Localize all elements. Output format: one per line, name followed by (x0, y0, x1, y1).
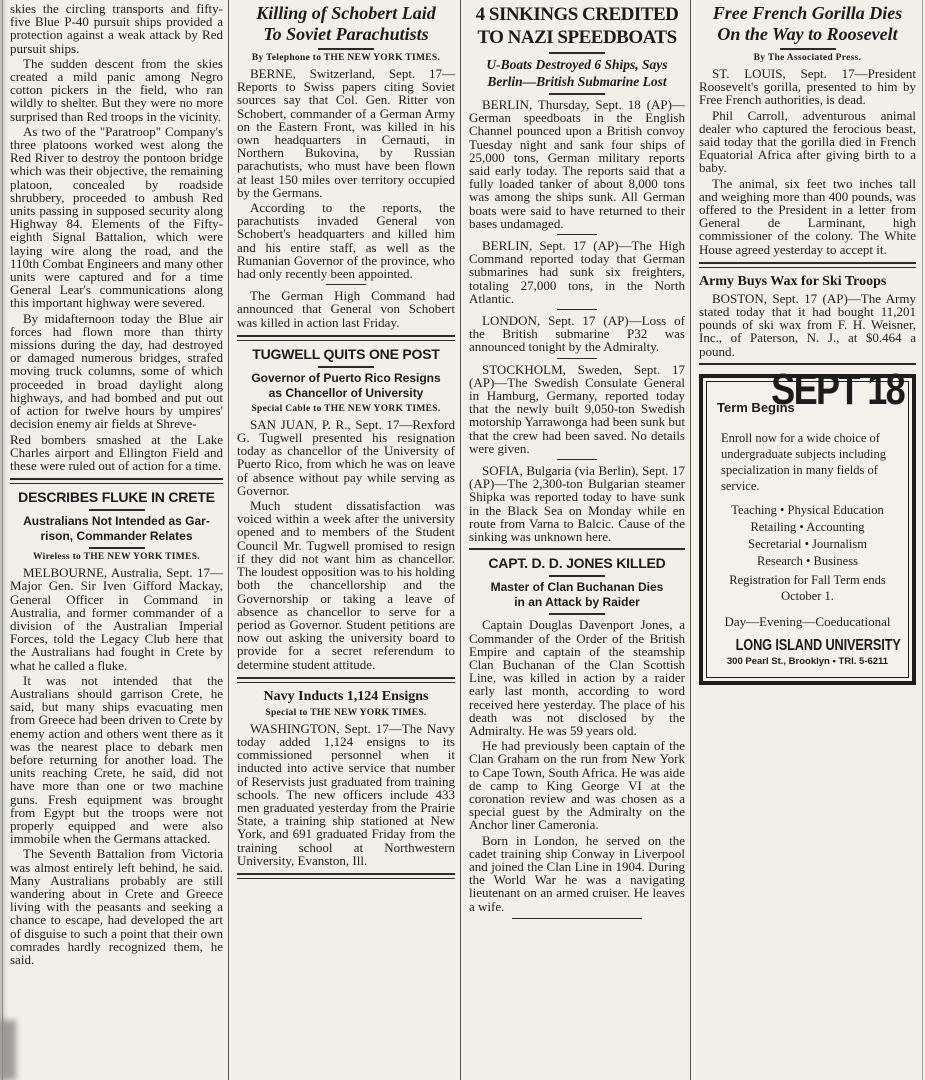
newspaper-scan-page: skies the circling transports and fifty-… (0, 0, 925, 1080)
ad-header: Term Begins SEPT 18 (715, 386, 900, 426)
ad-start-date: SEPT 18 (771, 368, 904, 412)
ad-inner-frame: Term Begins SEPT 18 Enroll now for a wid… (706, 381, 909, 678)
paragraph: SOFIA, Bulgaria (via Berlin), Sept. 17 (… (469, 464, 685, 543)
paragraph: MELBOURNE, Australia, Sept. 17—Major Gen… (10, 566, 223, 672)
article-navy-inducts-ensigns: Navy Inducts 1,124 Ensigns Special to TH… (237, 688, 455, 867)
article-describes-fluke-in-crete: DESCRIBES FLUKE IN CRETE Australians Not… (10, 489, 223, 966)
paragraph: LONDON, Sept. 17 (AP)—Loss of the Britis… (469, 314, 685, 354)
paragraph: He had previously been captain of the Cl… (469, 739, 685, 831)
byline-credit: By The Associated Press. (699, 53, 916, 64)
paragraph-separator-rule (326, 284, 366, 285)
article-free-french-gorilla: Free French Gorilla Dies On the Way to R… (699, 3, 916, 256)
paragraph: BERLIN, Thursday, Sept. 18 (AP)—German s… (469, 98, 685, 230)
headline-rule (780, 48, 836, 50)
article-separator-rule (699, 262, 916, 268)
article-separator-rule (10, 478, 223, 484)
subhead-rule (549, 93, 605, 95)
paragraph: BERNE, Switzerland, Sept. 17—Reports to … (237, 67, 455, 199)
headline: Killing of Schobert Laid To Soviet Parac… (237, 3, 455, 45)
ad-long-island-university: Term Begins SEPT 18 Enroll now for a wid… (699, 374, 916, 685)
ad-subject-line: Retailing • Accounting (715, 519, 900, 536)
paragraph: ST. LOUIS, Sept. 17—President Roosevelt'… (699, 67, 916, 107)
ad-university-name: LONG ISLAND UNIVERSITY (736, 637, 901, 655)
dateline-separator-rule (557, 234, 597, 235)
paragraph: According to the reports, the parachutis… (237, 201, 455, 280)
paragraph: The animal, six feet two inches tall and… (699, 177, 916, 256)
paragraph: STOCKHOLM, Sweden, Sept. 17 (AP)—The Swe… (469, 363, 685, 455)
subhead: Australians Not Intended as Gar- rison, … (10, 514, 223, 544)
paragraph: Born in London, he served on the cadet t… (469, 834, 685, 913)
subhead: Governor of Puerto Rico Resigns as Chanc… (237, 371, 455, 401)
headline: Army Buys Wax for Ski Troops (699, 273, 916, 290)
article-army-buys-ski-wax: Army Buys Wax for Ski Troops BOSTON, Sep… (699, 273, 916, 358)
subhead: Master of Clan Buchanan Dies in an Attac… (469, 580, 685, 610)
headline-rule (549, 575, 605, 577)
article-separator-rule (469, 548, 685, 550)
paragraph: SAN JUAN, P. R., Sept. 17—Rexford G. Tug… (237, 418, 455, 497)
byline-credit: Special to THE NEW YORK TIMES. (237, 708, 455, 719)
article-separator-rule (237, 335, 455, 341)
article-separator-rule (237, 873, 455, 879)
headline: CAPT. D. D. JONES KILLED (469, 555, 685, 572)
dateline-separator-rule (557, 358, 597, 359)
ad-subject-line: Research • Business (715, 553, 900, 570)
story-end-rule (512, 918, 642, 919)
article-killing-of-schobert: Killing of Schobert Laid To Soviet Parac… (237, 3, 455, 329)
paragraph: skies the circling transports and fifty-… (10, 2, 223, 55)
article-4-sinkings-nazi-speedboats: 4 SINKINGS CREDITED TO NAZI SPEEDBOATS U… (469, 4, 685, 543)
paragraph: It was not intended that the Australians… (10, 674, 223, 846)
headline-rule (318, 366, 374, 368)
paragraph: Captain Douglas Davenport Jones, a Comma… (469, 618, 685, 737)
paragraph: Phil Carroll, adventurous animal dealer … (699, 109, 916, 175)
paragraph: Red bombers smashed at the Lake Charles … (10, 433, 223, 473)
ad-schedule-line: Day—Evening—Coeducational (715, 614, 900, 630)
article-capt-jones-killed: CAPT. D. D. JONES KILLED Master of Clan … (469, 555, 685, 918)
article-separator-rule (237, 677, 455, 683)
paragraph: The sudden descent from the skies create… (10, 57, 223, 123)
headline-rule (318, 48, 374, 50)
byline-credit: By Telephone to THE NEW YORK TIMES. (237, 53, 455, 64)
ad-subject-line: Teaching • Physical Education (715, 502, 900, 519)
ad-registration-note: Registration for Fall Term ends October … (715, 572, 900, 605)
headline-rule (89, 509, 145, 511)
paragraph: As two of the "Paratroop" Company's thre… (10, 125, 223, 310)
ad-intro-text: Enroll now for a wide choice of undergra… (721, 430, 894, 494)
headline: 4 SINKINGS CREDITED TO NAZI SPEEDBOATS (469, 4, 685, 49)
paragraph: WASHINGTON, Sept. 17—The Navy today adde… (237, 722, 455, 867)
ad-address-phone: 300 Pearl St., Brooklyn • TRI. 5-6211 (715, 656, 900, 667)
paragraph: BOSTON, Sept. 17 (AP)—The Army stated to… (699, 292, 916, 358)
paragraph: Much student dissatisfaction was voiced … (237, 499, 455, 671)
subhead-rule (89, 547, 145, 549)
column-4: Free French Gorilla Dies On the Way to R… (694, 0, 923, 1080)
subhead: U-Boats Destroyed 6 Ships, Says Berlin—B… (469, 57, 685, 90)
headline: TUGWELL QUITS ONE POST (237, 346, 455, 363)
dateline-separator-rule (557, 309, 597, 310)
ad-subject-line: Secretarial • Journalism (715, 536, 900, 553)
paragraph: The Seventh Battalion from Victoria was … (10, 847, 223, 966)
continued-story-war-maneuvers: skies the circling transports and fifty-… (10, 2, 223, 472)
headline: Free French Gorilla Dies On the Way to R… (699, 3, 916, 45)
headline-rule (549, 52, 605, 54)
paragraph: BERLIN, Sept. 17 (AP)—The High Command r… (469, 239, 685, 305)
byline-credit: Special Cable to THE NEW YORK TIMES. (237, 404, 455, 415)
byline-credit: Wireless to THE NEW YORK TIMES. (10, 552, 223, 563)
article-tugwell-quits-one-post: TUGWELL QUITS ONE POST Governor of Puert… (237, 346, 455, 671)
dateline-separator-rule (557, 459, 597, 460)
headline: DESCRIBES FLUKE IN CRETE (10, 489, 223, 506)
paragraph: The German High Command had announced th… (237, 289, 455, 329)
column-2: Killing of Schobert Laid To Soviet Parac… (232, 0, 461, 1080)
column-3: 4 SINKINGS CREDITED TO NAZI SPEEDBOATS U… (464, 0, 691, 1080)
subhead-rule (549, 613, 605, 615)
column-1: skies the circling transports and fifty-… (2, 0, 229, 1080)
headline: Navy Inducts 1,124 Ensigns (237, 688, 455, 705)
paragraph: By midafternoon today the Blue air force… (10, 312, 223, 431)
